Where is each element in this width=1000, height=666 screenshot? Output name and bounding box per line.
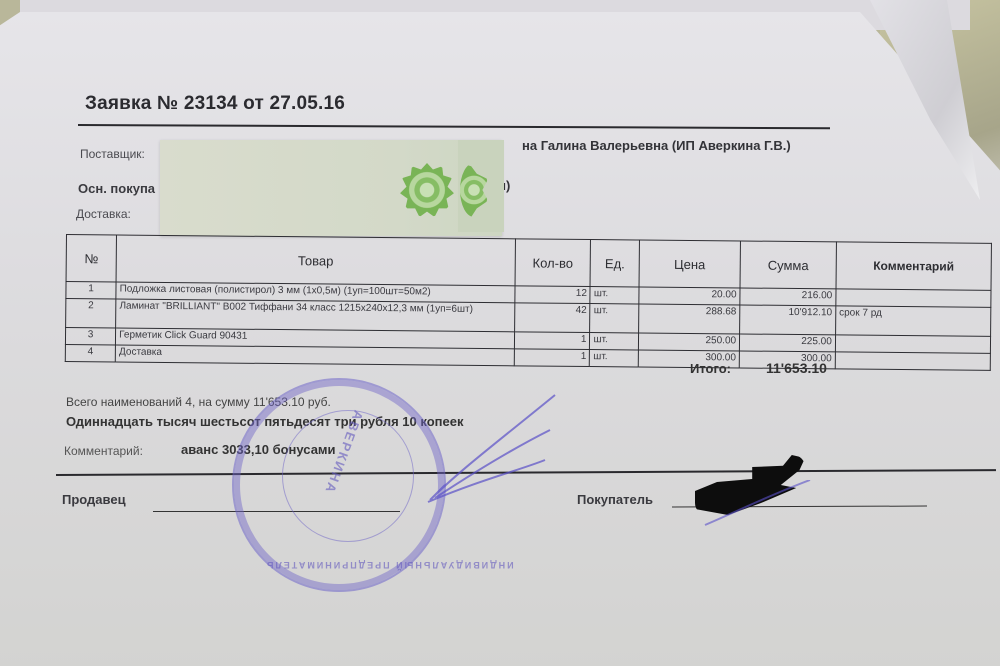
supplier-label: Поставщик: [80, 147, 145, 161]
row-comment [836, 289, 991, 307]
row-unit: шт. [590, 304, 639, 333]
comment-label: Комментарий: [64, 444, 143, 458]
order-document: Заявка № 23134 от 27.05.16 Поставщик: Ин… [0, 0, 1000, 666]
row-sum: 216.00 [740, 288, 836, 306]
row-unit: шт. [590, 333, 639, 350]
row-sum: 225.00 [740, 334, 836, 352]
document-title: Заявка № 23134 от 27.05.16 [85, 93, 345, 115]
row-price: 20.00 [639, 287, 740, 305]
buyer-label: Покупатель [577, 492, 653, 507]
col-header-unit: Ед. [590, 240, 639, 287]
seller-signature-scribble [330, 390, 560, 510]
row-number: 1 [66, 282, 116, 299]
privacy-sticker [160, 140, 502, 236]
total-value: 11'653.10 [766, 360, 827, 376]
seal-stamp-outer-text: ИНДИВИДУАЛЬНЫЙ ПРЕДПРИНИМАТЕЛЬ [265, 560, 514, 570]
col-header-number: № [66, 235, 117, 282]
main-buyer-label: Осн. покупа [78, 181, 155, 196]
row-price: 250.00 [638, 333, 739, 351]
items-table: № Товар Кол-во Ед. Цена Сумма Комментари… [65, 234, 992, 371]
row-number: 3 [65, 328, 115, 345]
row-qty: 12 [515, 286, 591, 304]
col-header-qty: Кол-во [515, 239, 591, 287]
delivery-label: Доставка: [76, 207, 131, 221]
row-unit: шт. [590, 350, 639, 367]
row-item: Доставка [115, 345, 514, 366]
seller-label: Продавец [62, 492, 126, 507]
row-qty: 1 [514, 332, 590, 350]
row-comment: срок 7 рд [835, 306, 990, 336]
row-qty: 1 [514, 349, 590, 367]
row-item: Ламинат "BRILLIANT" B002 Тиффани 34 клас… [116, 299, 515, 332]
total-label: Итого: [690, 361, 731, 376]
row-unit: шт. [590, 287, 639, 304]
row-comment [835, 335, 990, 353]
row-price: 288.68 [638, 304, 740, 334]
row-comment [835, 352, 990, 370]
col-header-item: Товар [116, 235, 515, 286]
row-number: 4 [65, 344, 115, 361]
title-divider [78, 124, 830, 129]
supplier-value-right: на Галина Валерьевна (ИП Аверкина Г.В.) [522, 138, 791, 153]
col-header-price: Цена [639, 240, 741, 288]
col-header-sum: Сумма [740, 241, 836, 289]
buyer-signature-scribble [700, 480, 820, 530]
row-number: 2 [66, 299, 116, 328]
row-sum: 10'912.10 [740, 305, 836, 335]
col-header-comment: Комментарий [836, 242, 992, 290]
row-qty: 42 [514, 303, 590, 333]
